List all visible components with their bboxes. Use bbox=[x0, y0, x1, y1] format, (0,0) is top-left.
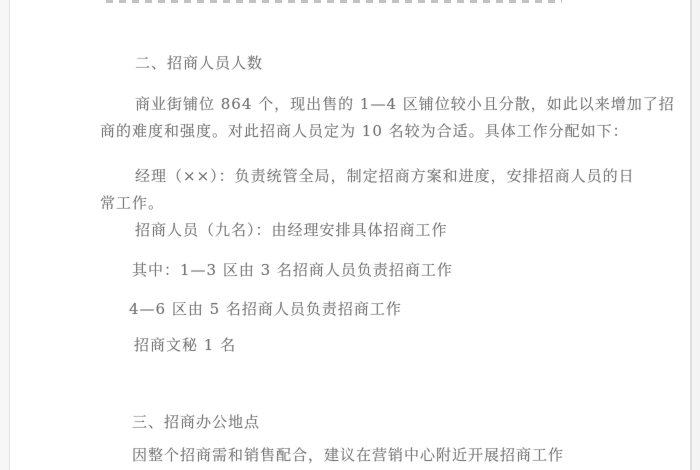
section2-secretary-line: 招商文秘 1 名 bbox=[134, 337, 236, 354]
section2-intro-line2: 商的难度和强度。对此招商人员定为 10 名较为合适。具体工作分配如下： bbox=[100, 123, 629, 140]
section2-staff-line: 招商人员（九名）：由经理安排具体招商工作 bbox=[135, 222, 448, 239]
document-page: 二、招商人员人数 商业街铺位 864 个，现出售的 1—4 区铺位较小且分散，如… bbox=[0, 0, 700, 470]
section2-intro-line1: 商业街铺位 864 个，现出售的 1—4 区铺位较小且分散，如此以来增加了招 bbox=[135, 96, 675, 113]
page-edge-right-outer bbox=[692, 0, 700, 470]
section2-heading: 二、招商人员人数 bbox=[135, 55, 263, 72]
section2-manager-line2: 常工作。 bbox=[100, 195, 164, 212]
section3-location-line: 因整个招商需和销售配合，建议在营销中心附近开展招商工作 bbox=[132, 447, 564, 464]
section2-zone-1-3-line: 其中：1—3 区由 3 名招商人员负责招商工作 bbox=[132, 262, 453, 279]
section3-heading: 三、招商办公地点 bbox=[132, 414, 260, 431]
clipped-text-line bbox=[106, 0, 562, 3]
section2-zone-4-6-line: 4—6 区由 5 名招商人员负责招商工作 bbox=[129, 301, 402, 318]
page-edge-left-line bbox=[9, 0, 10, 470]
section2-manager-line1: 经理（××）：负责统管全局，制定招商方案和进度，安排招商人员的日 bbox=[135, 168, 635, 185]
page-edge-left-outer bbox=[0, 0, 9, 470]
